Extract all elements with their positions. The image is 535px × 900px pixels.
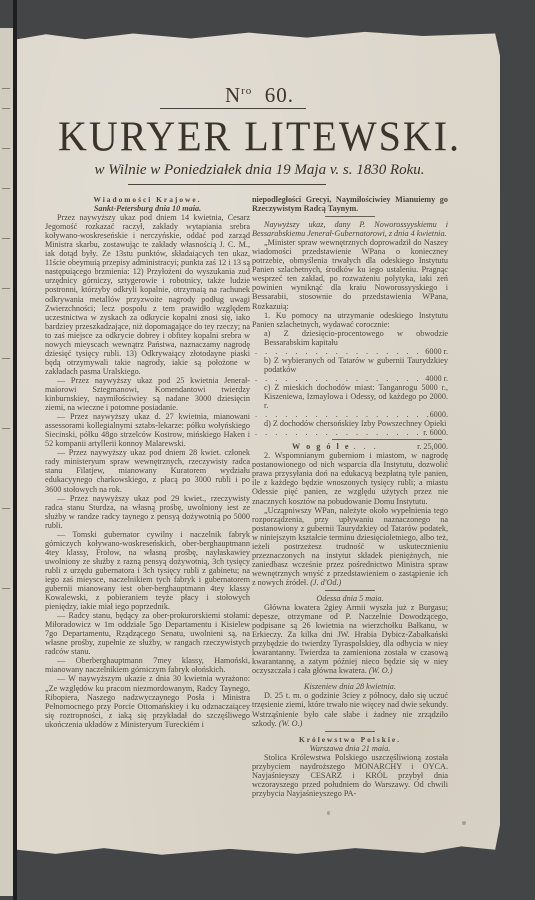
funding-item-amount-row: . . . . . . . . . . . . . . . . . . . .6… [252,410,448,419]
total-label: W o g ó l e [252,442,350,451]
article-paragraph: Przez naywyższy ukaz pod dniem 14 kwietn… [45,213,250,376]
masthead-rule-top [160,108,306,109]
funding-item-label: b) Z wybieranych od Tatarów w gubernii T… [264,356,448,374]
funding-item-label: c) Z mieskich dochodów miast: Tanganrogu… [264,383,448,410]
funding-item-amount: 6000 r. [425,347,448,356]
paper-stain [462,821,466,825]
article-paragraph: — Radcy stanu, będący za ober-prokurorsk… [45,611,250,656]
funding-item-label: a) Z dziesięcio-procentowego w obwodzie … [264,329,448,347]
ukaz-closing-text: „Ucząpniwszy WPan, należyte około wypełn… [252,506,448,587]
paper-stain [327,811,330,815]
left-column: Wiadomości Krajowe. Sankt-Petersburg dni… [45,195,250,729]
book-spine [13,0,17,900]
separator-rule [325,731,375,732]
funding-item: a) Z dziesięcio-procentowego w obwodzie … [252,329,448,347]
funding-item-amount-row: . . . . . . . . . . . . . . . . . . . .r… [252,428,448,437]
source-citation: (W. O.) [279,719,303,728]
separator-rule [325,678,375,679]
separator-rule [325,590,375,591]
article-paragraph: — W naywyższym ukazie z dnia 30 kwietnia… [45,674,250,728]
issue-number-prefix: N [225,83,241,107]
funding-item: b) Z wybieranych od Tatarów w gubernii T… [252,356,448,374]
newspaper-title: KURYER LITEWSKI. [17,112,502,161]
ukaz-point-2: 2. Wspomnianym guberniom i miastom, w na… [252,451,448,505]
continuation-text: niepodległości Grecyi, Naymiłościwiey Mi… [252,195,448,213]
funding-item-label: d) Z dochodów chersońskiey Izby Powszech… [264,419,446,428]
newspaper-page: Nro 60. KURYER LITEWSKI. w Wilnie w Poni… [17,31,500,858]
funding-item-amount: 4000 r. [425,374,448,383]
source-citation: (W. O.) [369,666,393,675]
ukaz-closing: „Ucząpniwszy WPan, należyte około wypełn… [252,506,448,587]
dateline-petersburg: Sankt-Petersburg dnia 10 maia. [45,204,250,213]
funding-item: d) Z dochodów chersońskiey Izby Powszech… [252,419,448,428]
article-paragraph: — Tomski gubernator cywilny i naczelnik … [45,530,250,611]
odessa-article: Główna kwatera 2giey Armii wyszła już z … [252,603,448,675]
ukaz-heading: Naywyższy ukaz, dany P. Noworossyyskiemu… [252,220,448,238]
section-heading-domestic: Wiadomości Krajowe. [45,195,250,204]
dateline-kiszeniew: Kiszeniew dnia 28 kwietnia. [252,682,448,691]
funding-item-amount: r. 6000. [423,428,448,437]
odessa-article-text: Główna kwatera 2giey Armii wyszła już z … [252,603,448,675]
issue-number-suffix: ro [241,85,252,97]
article-paragraph: — Przez naywyższy ukaz d. 27 kwietnia, m… [45,412,250,448]
right-column: niepodległości Grecyi, Naymiłościwiey Mi… [252,195,448,798]
masthead-rule-bottom [128,184,326,185]
funding-total: W o g ó l e . . . r. 25,000. [252,442,448,451]
article-paragraph: — Przez naywyższy ukaz pod dniem 28 kwie… [45,448,250,493]
adjacent-page-edge [0,28,14,896]
dateline: w Wilnie w Poniedziałek dnia 19 Maja v. … [17,162,502,179]
source-citation: (J. d'Od.) [310,578,341,587]
warsaw-article: Stolica Królewstwa Polskiego uszczęśliwi… [252,753,448,798]
issue-number-value: 60. [265,83,294,107]
list-intro: 1. Ku pomocy na utrzymanie odeskiego Ins… [252,311,448,329]
total-amount: r. 25,000. [417,442,448,451]
issue-number: Nro 60. [17,83,502,108]
kiszeniew-article: D. 25 t. m. o godzinie 3ciey z północy, … [252,691,448,727]
section-heading-poland: Królewstwo Polskie. [252,735,448,744]
funding-item-amount: 6000. [430,410,448,419]
article-paragraph: — Przez naywyższy ukaz pod 25 kwietnia J… [45,376,250,412]
ukaz-text: „Minister spraw wewnętrznych doprowadził… [252,238,448,310]
dateline-odessa: Odessa dnia 5 maia. [252,594,448,603]
total-rule [332,439,442,440]
dateline-warsaw: Warszawa dnia 21 maia. [252,744,448,753]
funding-item-amount-row: . . . . . . . . . . . . . . . . . . . .6… [252,347,448,356]
separator-rule [325,216,375,217]
funding-item: c) Z mieskich dochodów miast: Tanganrogu… [252,383,448,410]
article-paragraph: — Oberberghauptmann 7mey klassy, Hamońsk… [45,656,250,674]
funding-item-amount-row: . . . . . . . . . . . . . . . . . . . .4… [252,374,448,383]
article-paragraph: — Przez naywyższy ukaz pod 29 kwiet., rz… [45,494,250,530]
